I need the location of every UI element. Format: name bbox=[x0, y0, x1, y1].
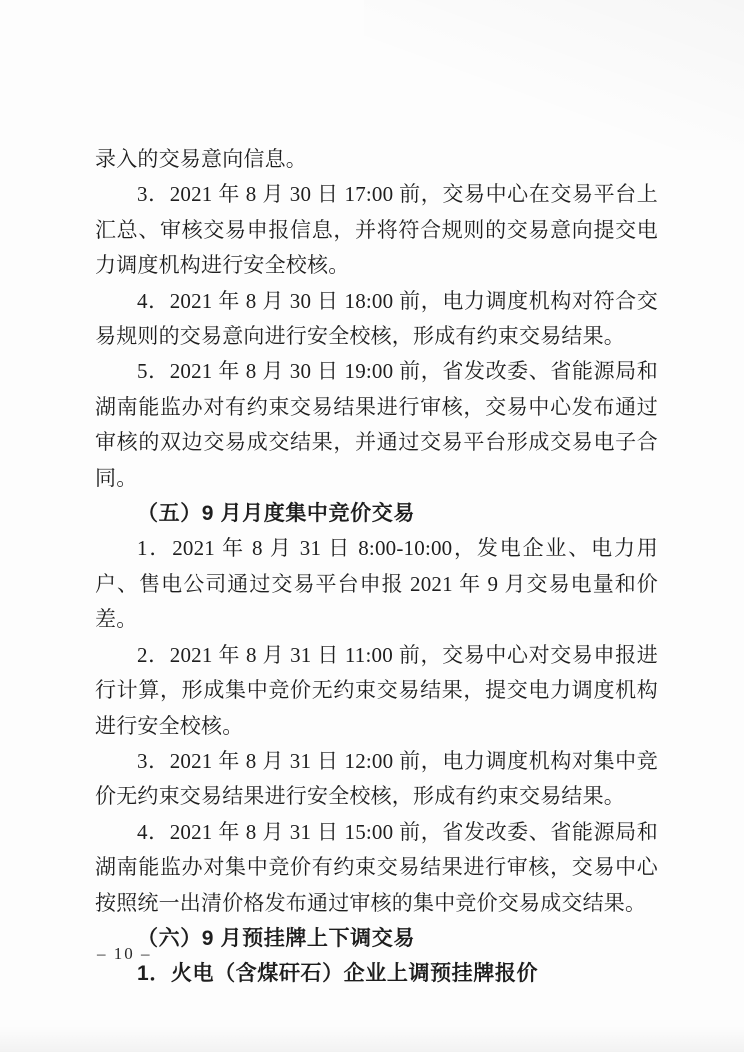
section-heading: （六）9 月预挂牌上下调交易 bbox=[95, 921, 658, 956]
paragraph: 4．2021 年 8 月 30 日 18:00 前，电力调度机构对符合交易规则的… bbox=[95, 284, 658, 355]
document-body: 录入的交易意向信息。3．2021 年 8 月 30 日 17:00 前，交易中心… bbox=[95, 142, 658, 992]
paragraph: 录入的交易意向信息。 bbox=[95, 142, 658, 177]
document-page: 录入的交易意向信息。3．2021 年 8 月 30 日 17:00 前，交易中心… bbox=[0, 0, 744, 1052]
paragraph: 4．2021 年 8 月 31 日 15:00 前，省发改委、省能源局和湖南能监… bbox=[95, 815, 658, 921]
scan-shading-bottom bbox=[0, 1026, 744, 1052]
section-heading: （五）9 月月度集中竞价交易 bbox=[95, 496, 658, 531]
paragraph: 2．2021 年 8 月 31 日 11:00 前，交易中心对交易申报进行计算，… bbox=[95, 638, 658, 744]
scan-shading-top bbox=[364, 0, 744, 150]
page-number: – 10 – bbox=[97, 944, 152, 964]
paragraph: 3．2021 年 8 月 30 日 17:00 前，交易中心在交易平台上汇总、审… bbox=[95, 177, 658, 283]
section-heading: 1．火电（含煤矸石）企业上调预挂牌报价 bbox=[95, 956, 658, 991]
paragraph: 5．2021 年 8 月 30 日 19:00 前，省发改委、省能源局和湖南能监… bbox=[95, 354, 658, 496]
paragraph: 1．2021 年 8 月 31 日 8:00-10:00，发电企业、电力用户、售… bbox=[95, 531, 658, 637]
paragraph: 3．2021 年 8 月 31 日 12:00 前，电力调度机构对集中竞价无约束… bbox=[95, 744, 658, 815]
